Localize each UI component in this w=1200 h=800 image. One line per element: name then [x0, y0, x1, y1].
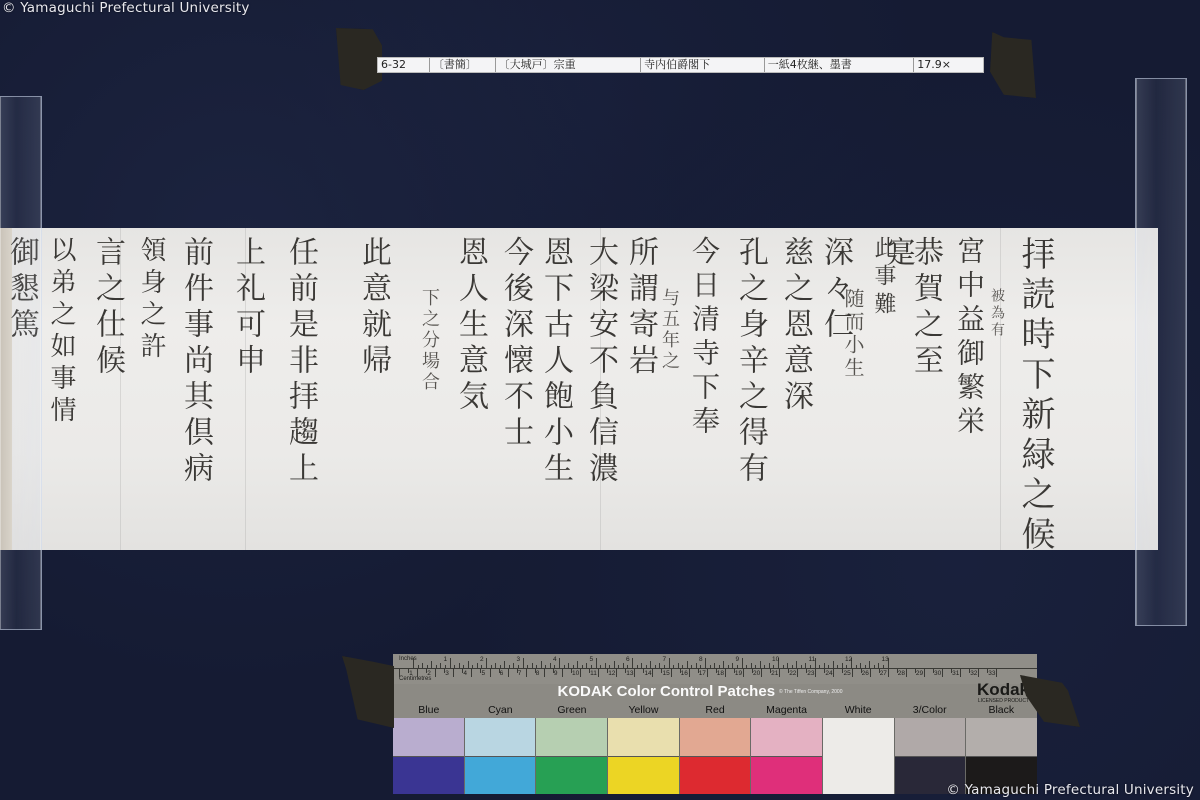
patch-column-yellow: [608, 718, 680, 794]
cm-tick-label: 17: [699, 670, 706, 677]
cm-tick-label: 30: [934, 670, 941, 677]
cm-tick-label: 5: [482, 670, 486, 677]
inch-tick-label: 4: [553, 656, 557, 663]
inch-tick-label: 11: [809, 656, 816, 663]
calligraphy-column: 以弟之如事情: [48, 236, 74, 428]
patch-light: [608, 718, 679, 757]
cm-tick-label: 2: [427, 670, 431, 677]
patch-label: Green: [536, 704, 608, 718]
copyright-watermark-top: © Yamaguchi Prefectural University: [2, 0, 250, 16]
calligraphy-column: 宮中益御繁栄: [955, 236, 983, 440]
patch-label: 3/Color: [894, 704, 966, 718]
patch-light: [751, 718, 822, 757]
cm-tick-label: 33: [988, 670, 995, 677]
cm-tick-label: 26: [862, 670, 869, 677]
patch-light: [823, 718, 894, 756]
acrylic-weight-bar-left: [0, 96, 42, 630]
calligraphy-column: 慈之恩意深: [780, 236, 810, 416]
label-cell: 寺内伯爵閣下: [641, 58, 765, 72]
color-patches: [393, 718, 1037, 794]
cm-tick-label: 9: [554, 670, 558, 677]
patch-labels-row: BlueCyanGreenYellowRedMagentaWhite3/Colo…: [393, 704, 1037, 718]
patch-light: [536, 718, 607, 757]
calligraphy-column: 今後深懐不士: [500, 236, 530, 452]
inch-tick-label: 13: [882, 656, 889, 663]
cm-tick-label: 28: [898, 670, 905, 677]
cm-tick-label: 14: [644, 670, 651, 677]
inch-tick-label: 5: [590, 656, 594, 663]
cm-tick-label: 29: [916, 670, 923, 677]
patch-column-blue: [393, 718, 465, 794]
cm-tick-label: 6: [500, 670, 504, 677]
acrylic-weight-bar-right: [1135, 78, 1187, 626]
patch-column-red: [680, 718, 752, 794]
kodak-card-title: KODAK Color Control Patches© The Tiffen …: [393, 683, 1037, 700]
calligraphy-column: 拝読時下新緑之候: [1018, 236, 1052, 550]
patch-label: Magenta: [751, 704, 823, 718]
calligraphy-column: 任前是非拝趨上: [285, 236, 315, 488]
cm-tick-label: 31: [952, 670, 959, 677]
calligraphy-column: 所謂寄岩: [625, 236, 655, 380]
calligraphy-column: 下之分場合: [420, 288, 438, 393]
calligraphy-column: 今日清寺下奉: [690, 236, 718, 440]
patch-label: Red: [679, 704, 751, 718]
inch-tick-label: 12: [845, 656, 852, 663]
tape-piece: [342, 656, 394, 728]
calligraphy-column: 孔之身辛之得有: [735, 236, 765, 488]
inch-tick-label: 10: [772, 656, 779, 663]
cm-tick-label: 16: [681, 670, 688, 677]
cm-tick-label: 13: [626, 670, 633, 677]
tape-piece: [990, 32, 1036, 98]
inches-label: Inches: [399, 656, 417, 662]
cm-tick-label: 8: [536, 670, 540, 677]
patch-light: [393, 718, 464, 757]
cm-tick-label: 27: [880, 670, 887, 677]
patch-column-white: [823, 718, 895, 794]
label-cell: 〔大城戸〕宗重: [496, 58, 642, 72]
calligraphy-column: 上礼可申: [232, 236, 262, 380]
patch-dark: [608, 757, 679, 795]
calligraphy-column: 此事難: [872, 236, 894, 320]
calligraphy-column: 大梁安不負信濃: [585, 236, 615, 488]
inch-tick-label: 1: [444, 656, 448, 663]
patch-light: [895, 718, 966, 757]
inch-tick-label: 9: [736, 656, 740, 663]
patch-label: Blue: [393, 704, 465, 718]
patch-label: Black: [966, 704, 1038, 718]
calligraphy-column: 言之仕候: [92, 236, 122, 380]
patch-dark: [680, 757, 751, 795]
patch-light: [966, 718, 1037, 757]
patch-dark: [751, 757, 822, 795]
cm-tick-label: 20: [753, 670, 760, 677]
inch-tick-label: 8: [699, 656, 703, 663]
kodak-logo: Kodak: [977, 680, 1029, 700]
cm-tick-label: 32: [970, 670, 977, 677]
calligraphy-column: 此意就帰: [358, 236, 388, 380]
patch-dark: [823, 756, 894, 794]
patch-light: [680, 718, 751, 757]
patch-dark: [536, 757, 607, 795]
patch-label: Cyan: [465, 704, 537, 718]
patch-dark: [393, 757, 464, 795]
cm-tick-label: 10: [572, 670, 579, 677]
kodak-color-control-card: Inches Centimetres 123456789101112131234…: [393, 654, 1037, 794]
copyright-watermark-bottom: © Yamaguchi Prefectural University: [946, 782, 1194, 798]
cm-tick-label: 21: [771, 670, 778, 677]
cm-tick-label: 24: [825, 670, 832, 677]
ruler: Inches Centimetres 123456789101112131234…: [393, 654, 1037, 684]
label-cell: 6-32: [378, 58, 430, 72]
inch-tick-label: 3: [517, 656, 521, 663]
patch-column-green: [536, 718, 608, 794]
label-cell: 〔書簡〕: [430, 58, 496, 72]
patch-light: [465, 718, 536, 757]
calligraphy-letter-scroll: 拝読時下新緑之候被為有宮中益御繁栄恭賀之至寔此事難随而小生深々仁慈之恩意深孔之身…: [0, 228, 1158, 550]
tape-piece: [336, 28, 382, 90]
cm-tick-label: 4: [463, 670, 467, 677]
inch-tick-label: 2: [480, 656, 484, 663]
cm-tick-label: 19: [735, 670, 742, 677]
cm-tick-label: 22: [789, 670, 796, 677]
cm-tick-label: 7: [518, 670, 522, 677]
calligraphy-column: 与五年之: [660, 288, 678, 372]
cm-tick-label: 25: [844, 670, 851, 677]
inch-tick-label: 7: [663, 656, 667, 663]
patch-column-magenta: [751, 718, 823, 794]
cm-tick-label: 18: [717, 670, 724, 677]
label-cell: 一紙4枚継、墨書: [765, 58, 915, 72]
patch-label: Yellow: [608, 704, 680, 718]
patch-column-cyan: [465, 718, 537, 794]
patch-label: White: [822, 704, 894, 718]
cm-tick-label: 1: [409, 670, 413, 677]
cm-tick-label: 15: [663, 670, 670, 677]
patch-dark: [465, 757, 536, 795]
catalog-label-strip: 6-32〔書簡〕〔大城戸〕宗重寺内伯爵閣下一紙4枚継、墨書17.9×: [377, 57, 984, 73]
cm-tick-label: 12: [608, 670, 615, 677]
cm-tick-label: 23: [807, 670, 814, 677]
calligraphy-column: 恩人生意気: [455, 236, 485, 416]
cm-tick-label: 3: [445, 670, 449, 677]
label-cell: 17.9×: [914, 58, 983, 72]
calligraphy-column: 領身之許: [138, 236, 164, 364]
paper-fold: [1000, 228, 1001, 550]
calligraphy-column: 深々仁: [820, 236, 850, 344]
calligraphy-column: 被為有: [990, 288, 1004, 339]
inch-tick-label: 6: [626, 656, 630, 663]
calligraphy-column: 恩下古人飽小生: [540, 236, 570, 488]
cm-tick-label: 11: [590, 670, 597, 677]
calligraphy-column: 前件事尚其倶病: [180, 236, 210, 488]
